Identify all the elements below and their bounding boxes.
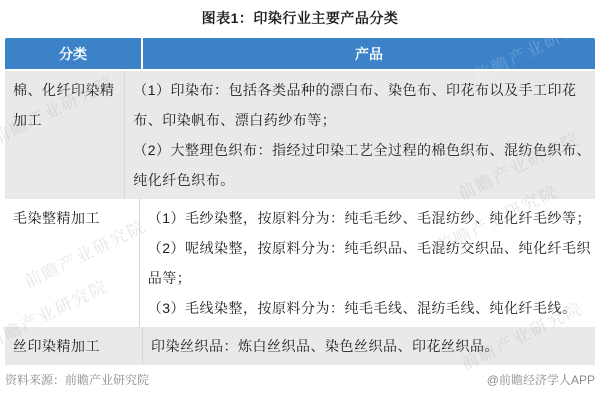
product-line: （2）呢绒染整，按原料分为：纯毛织品、毛混纺交织品、纯化纤毛织 — [148, 233, 591, 263]
product-cell: （1）印染布：包括各类品种的漂白布、染色布、印花布以及手工印花 布、印染帆布、漂… — [125, 71, 595, 199]
product-line: 品等； — [148, 263, 591, 293]
product-line: 印染丝织品：炼白丝织品、染色丝织品、印花丝织品。 — [151, 331, 591, 361]
product-classification-table: 分类 产品 棉、化纤印染精加工 （1）印染布：包括各类品种的漂白布、染色布、印花… — [5, 38, 595, 365]
table-header-row: 分类 产品 — [5, 38, 595, 69]
product-line: （3）毛线染整，按原料分为：纯毛毛线、混纺毛线、纯化纤毛线。 — [148, 293, 591, 323]
product-line: 纯化纤色织布。 — [133, 165, 591, 195]
product-cell: 印染丝织品：炼白丝织品、染色丝织品、印花丝织品。 — [143, 327, 595, 365]
product-line: （1）印染布：包括各类品种的漂白布、染色布、印花布以及手工印花 — [133, 75, 591, 105]
product-line: （2）大整理色织布：指经过印染工艺全过程的棉色织布、混纺色织布、 — [133, 135, 591, 165]
credit-note: @前瞻经济学人APP — [487, 371, 595, 388]
category-cell: 毛染整精加工 — [5, 199, 140, 327]
figure-footer: 资料来源：前瞻产业研究院 @前瞻经济学人APP — [5, 371, 595, 388]
figure-title: 图表1：印染行业主要产品分类 — [0, 0, 600, 28]
table-row: 毛染整精加工 （1）毛纱染整，按原料分为：纯毛毛纱、毛混纺纱、纯化纤毛纱等； （… — [5, 199, 595, 327]
source-note: 资料来源：前瞻产业研究院 — [5, 371, 149, 388]
category-cell: 丝印染精加工 — [5, 327, 143, 365]
table-row: 棉、化纤印染精加工 （1）印染布：包括各类品种的漂白布、染色布、印花布以及手工印… — [5, 71, 595, 199]
figure-page: { "title": "图表1：印染行业主要产品分类", "colors": {… — [0, 0, 600, 395]
product-cell: （1）毛纱染整，按原料分为：纯毛毛纱、毛混纺纱、纯化纤毛纱等； （2）呢绒染整，… — [140, 199, 595, 327]
table-row: 丝印染精加工 印染丝织品：炼白丝织品、染色丝织品、印花丝织品。 — [5, 327, 595, 365]
column-header-product: 产品 — [143, 38, 595, 69]
product-line: 布、印染帆布、漂白药纱布等； — [133, 105, 591, 135]
column-header-category: 分类 — [5, 38, 143, 69]
category-cell: 棉、化纤印染精加工 — [5, 71, 125, 199]
product-line: （1）毛纱染整，按原料分为：纯毛毛纱、毛混纺纱、纯化纤毛纱等； — [148, 203, 591, 233]
